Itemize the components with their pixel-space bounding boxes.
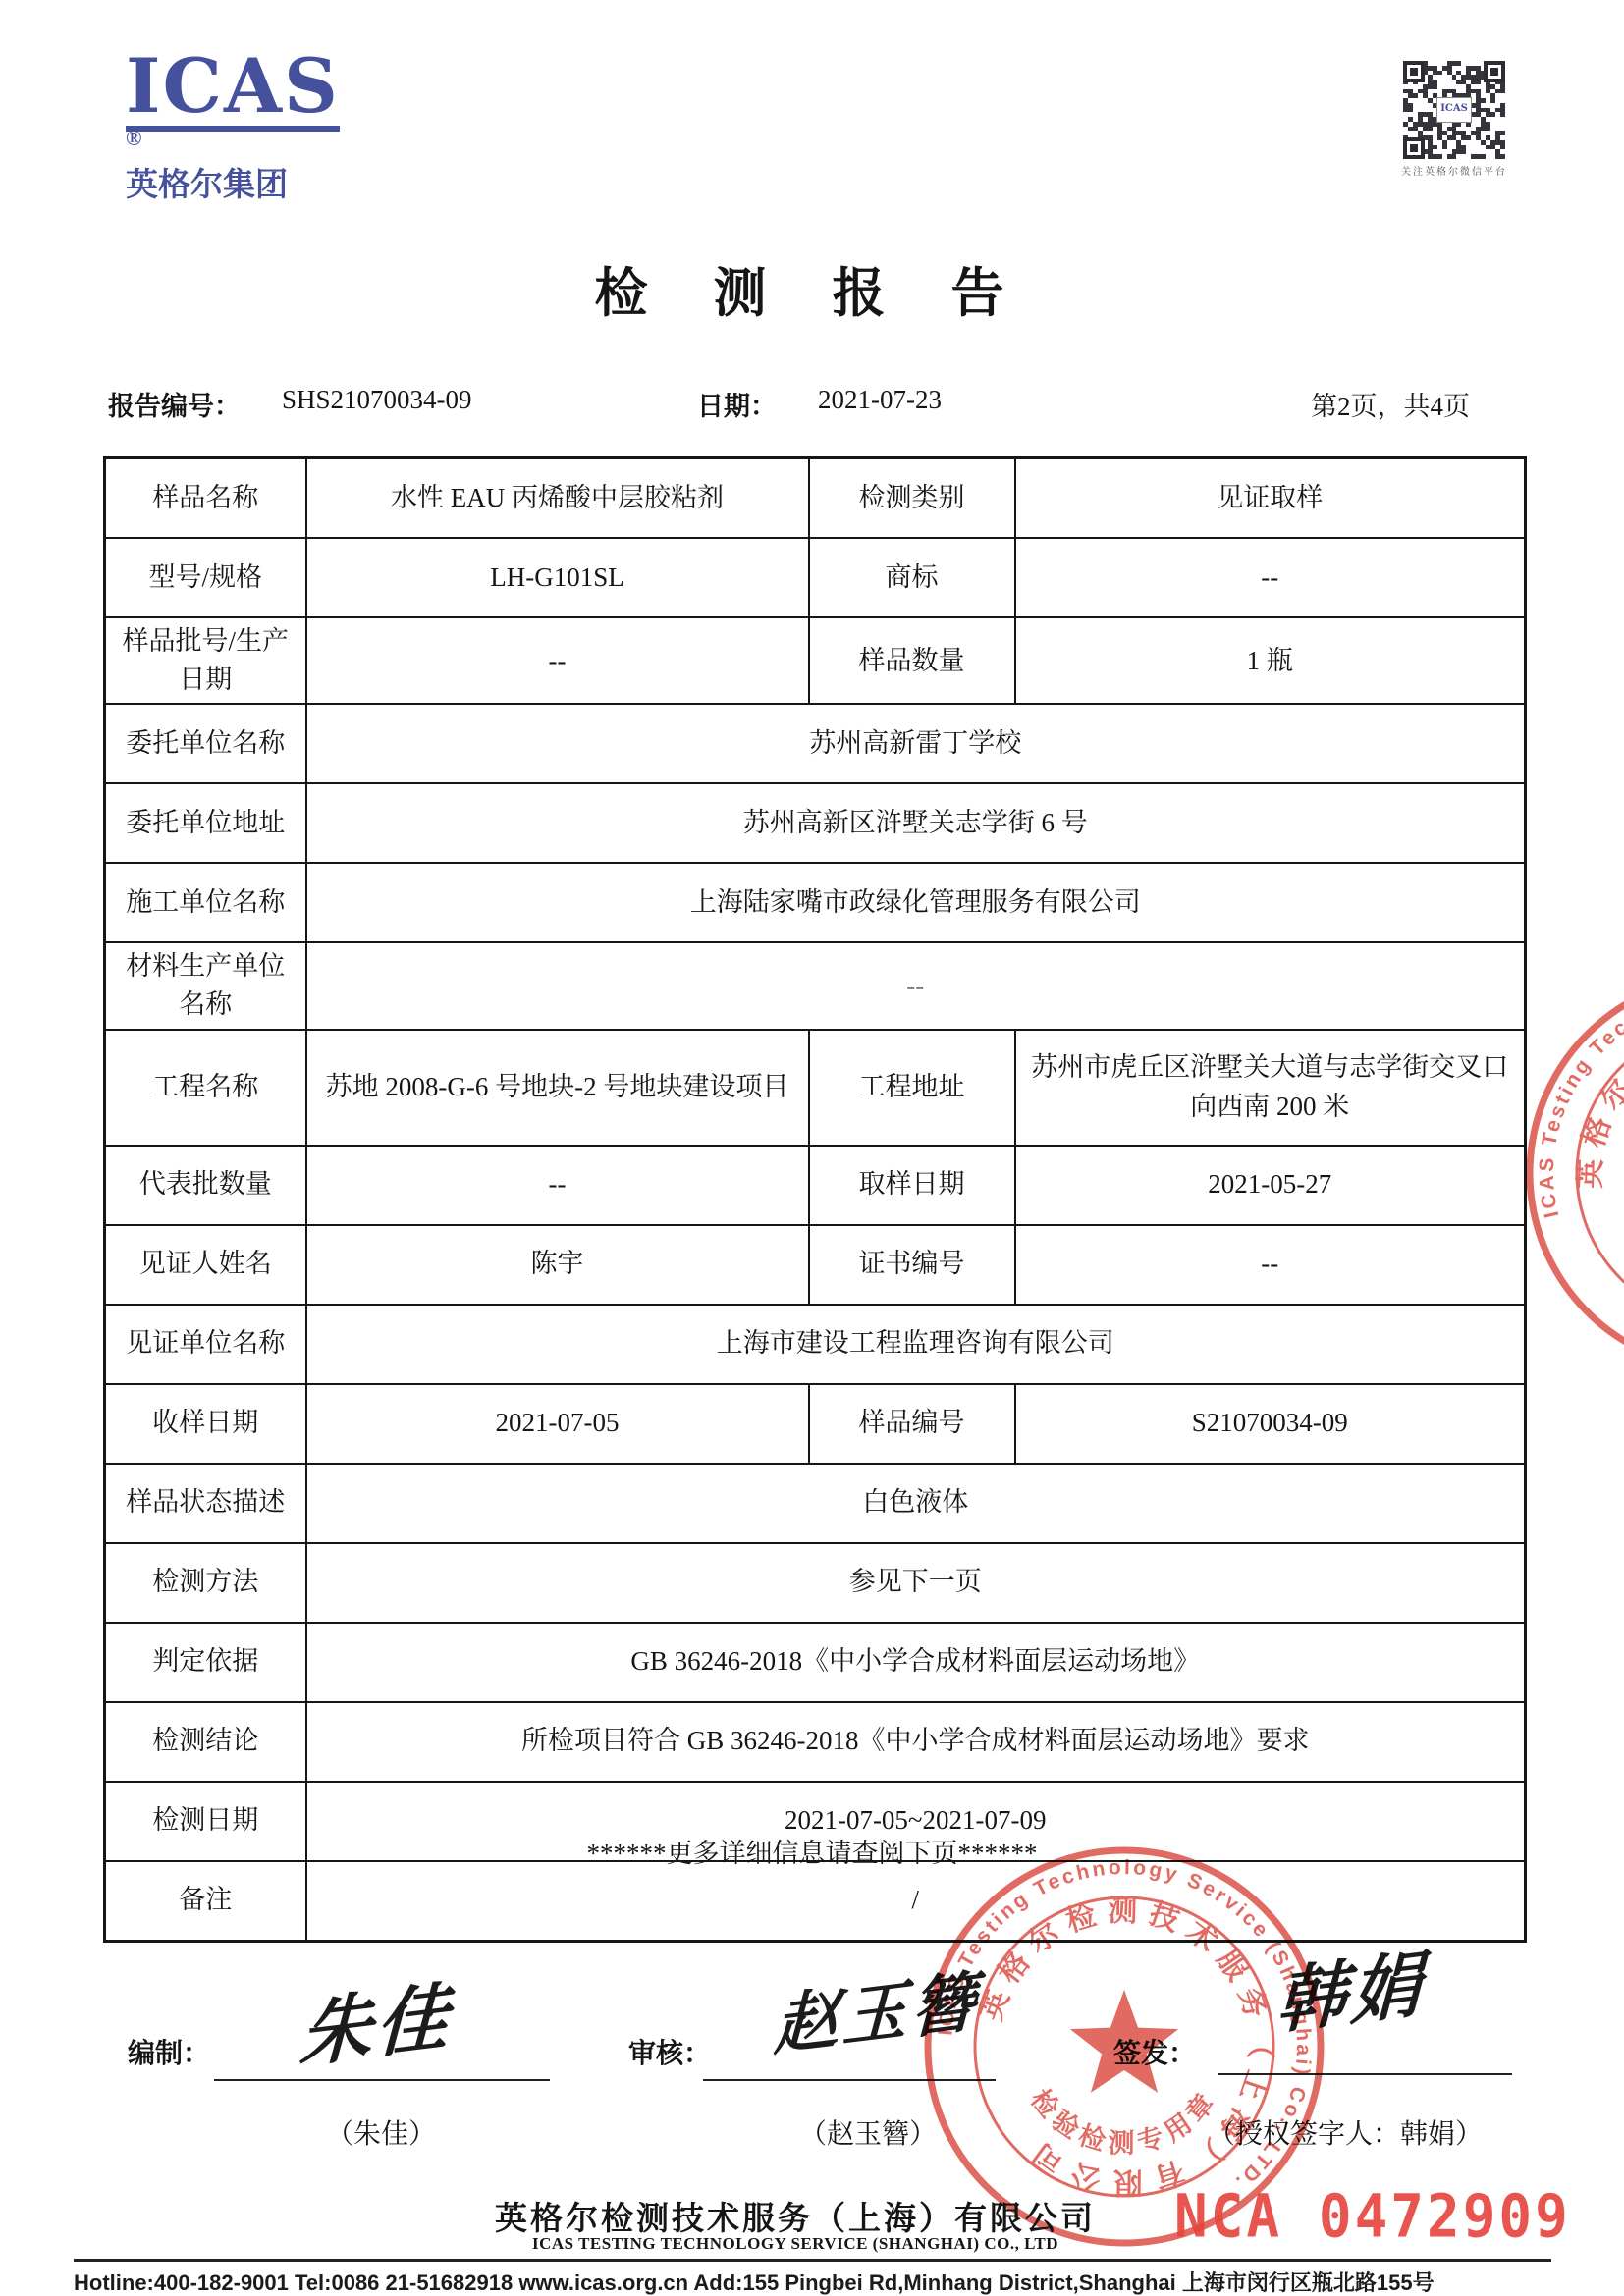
field-label: 委托单位名称 (105, 704, 306, 783)
report-meta: 报告编号： SHS21070034-09 日期： 2021-07-23 第2页，… (0, 385, 1624, 420)
field-label: 收样日期 (105, 1384, 306, 1464)
registered-mark-icon: ® (126, 126, 141, 150)
table-row: 见证人姓名 陈宇 证书编号 -- (105, 1225, 1526, 1305)
field-label: 样品批号/生产日期 (105, 617, 306, 704)
field-label: 样品名称 (105, 458, 306, 539)
field-value: 苏地 2008-G-6 号地块-2 号地块建设项目 (306, 1030, 809, 1146)
prepared-by-label: 编制： (128, 2032, 210, 2071)
field-value: 苏州高新区浒墅关志学街 6 号 (306, 783, 1526, 863)
field-value: 水性 EAU 丙烯酸中层胶粘剂 (306, 458, 809, 539)
table-row: 判定依据 GB 36246-2018《中小学合成材料面层运动场地》 (105, 1623, 1526, 1702)
reviewed-name: （赵玉簪） (799, 2112, 937, 2152)
field-value: GB 36246-2018《中小学合成材料面层运动场地》 (306, 1623, 1526, 1702)
field-value: 上海市建设工程监理咨询有限公司 (306, 1305, 1526, 1384)
field-value: 所检项目符合 GB 36246-2018《中小学合成材料面层运动场地》要求 (306, 1702, 1526, 1782)
field-value: S21070034-09 (1015, 1384, 1526, 1464)
field-label: 检测方法 (105, 1543, 306, 1623)
field-label: 证书编号 (809, 1225, 1015, 1305)
field-label: 判定依据 (105, 1623, 306, 1702)
report-table: 样品名称 水性 EAU 丙烯酸中层胶粘剂 检测类别 见证取样 型号/规格 LH-… (103, 456, 1527, 1943)
field-label: 取样日期 (809, 1146, 1015, 1225)
field-value: 白色液体 (306, 1464, 1526, 1543)
qr-finder-icon (1484, 61, 1505, 82)
table-row: 材料生产单位名称 -- (105, 942, 1526, 1029)
table-row: 型号/规格 LH-G101SL 商标 -- (105, 538, 1526, 617)
field-label: 材料生产单位名称 (105, 942, 306, 1029)
footer-contact-line: Hotline:400-182-9001 Tel:0086 21-5168291… (74, 2267, 1605, 2296)
table-row: 样品批号/生产日期 -- 样品数量 1 瓶 (105, 617, 1526, 704)
field-value: -- (306, 1146, 809, 1225)
prepared-name: （朱佳） (326, 2112, 436, 2152)
field-value: 苏州市虎丘区浒墅关大道与志学街交叉口向西南 200 米 (1015, 1030, 1526, 1146)
table-row: 代表批数量 -- 取样日期 2021-05-27 (105, 1146, 1526, 1225)
table-row: 检测方法 参见下一页 (105, 1543, 1526, 1623)
signature-line (214, 2079, 550, 2081)
field-value: -- (1015, 1225, 1526, 1305)
field-label: 见证单位名称 (105, 1305, 306, 1384)
field-label: 工程名称 (105, 1030, 306, 1146)
field-value: -- (1015, 538, 1526, 617)
qr-caption: 关注英格尔微信平台 (1399, 163, 1509, 178)
table-row: 样品状态描述 白色液体 (105, 1464, 1526, 1543)
field-label: 型号/规格 (105, 538, 306, 617)
star-icon (1070, 1990, 1178, 2093)
field-value: 陈宇 (306, 1225, 809, 1305)
qr-block: ICAS 关注英格尔微信平台 (1399, 61, 1509, 178)
field-value: -- (306, 617, 809, 704)
certificate-number: NCA 0472909 (1174, 2182, 1571, 2251)
qr-center-logo: ICAS (1436, 97, 1472, 123)
page-indicator: 第2页，共4页 (1311, 385, 1470, 423)
table-row: 收样日期 2021-07-05 样品编号 S21070034-09 (105, 1384, 1526, 1464)
table-row: 施工单位名称 上海陆家嘴市政绿化管理服务有限公司 (105, 863, 1526, 942)
table-row: 委托单位名称 苏州高新雷丁学校 (105, 704, 1526, 783)
table-row: 样品名称 水性 EAU 丙烯酸中层胶粘剂 检测类别 见证取样 (105, 458, 1526, 539)
page-title: 检 测 报 告 (0, 251, 1624, 327)
field-value: 2021-05-27 (1015, 1146, 1526, 1225)
field-label: 商标 (809, 538, 1015, 617)
table-row: 委托单位地址 苏州高新区浒墅关志学街 6 号 (105, 783, 1526, 863)
logo-wordmark: ICAS (126, 49, 340, 132)
field-label: 检测类别 (809, 458, 1015, 539)
table-row: 见证单位名称 上海市建设工程监理咨询有限公司 (105, 1305, 1526, 1384)
more-info-note: ******更多详细信息请查阅下页****** (0, 1832, 1624, 1870)
field-label: 委托单位地址 (105, 783, 306, 863)
field-value: LH-G101SL (306, 538, 809, 617)
reviewed-by-label: 审核： (628, 2032, 711, 2071)
field-value: / (306, 1861, 1526, 1942)
field-label: 见证人姓名 (105, 1225, 306, 1305)
table-row: 检测结论 所检项目符合 GB 36246-2018《中小学合成材料面层运动场地》… (105, 1702, 1526, 1782)
qr-finder-icon (1403, 61, 1425, 82)
footer-divider (74, 2259, 1551, 2262)
date-value: 2021-07-23 (818, 385, 942, 415)
field-value: 参见下一页 (306, 1543, 1526, 1623)
field-label: 样品状态描述 (105, 1464, 306, 1543)
field-label: 样品编号 (809, 1384, 1015, 1464)
field-value: 上海陆家嘴市政绿化管理服务有限公司 (306, 863, 1526, 942)
field-label: 备注 (105, 1861, 306, 1942)
qr-code: ICAS (1403, 61, 1505, 159)
field-value: 苏州高新雷丁学校 (306, 704, 1526, 783)
date-label: 日期： (697, 385, 777, 423)
field-value: 1 瓶 (1015, 617, 1526, 704)
field-value: 见证取样 (1015, 458, 1526, 539)
field-label: 样品数量 (809, 617, 1015, 704)
report-no-label: 报告编号： (108, 385, 241, 423)
prepared-signature: 朱佳 (298, 1958, 455, 2082)
logo-subtitle-text: 英格尔集团 (126, 159, 288, 205)
field-value: -- (306, 942, 1526, 1029)
field-value: 2021-07-05 (306, 1384, 809, 1464)
report-page: ICAS® 英格尔集团 ICAS 关注英格尔微信平台 检 测 报 告 报告编号：… (0, 0, 1624, 2296)
icas-logo: ICAS® 英格尔集团 (126, 49, 322, 205)
field-label: 检测结论 (105, 1702, 306, 1782)
field-label: 施工单位名称 (105, 863, 306, 942)
qr-finder-icon (1403, 137, 1425, 159)
field-label: 工程地址 (809, 1030, 1015, 1146)
field-label: 代表批数量 (105, 1146, 306, 1225)
table-row: 工程名称 苏地 2008-G-6 号地块-2 号地块建设项目 工程地址 苏州市虎… (105, 1030, 1526, 1146)
report-no-value: SHS21070034-09 (282, 385, 472, 415)
logo-subtitle: 英格尔集团 (126, 159, 308, 205)
